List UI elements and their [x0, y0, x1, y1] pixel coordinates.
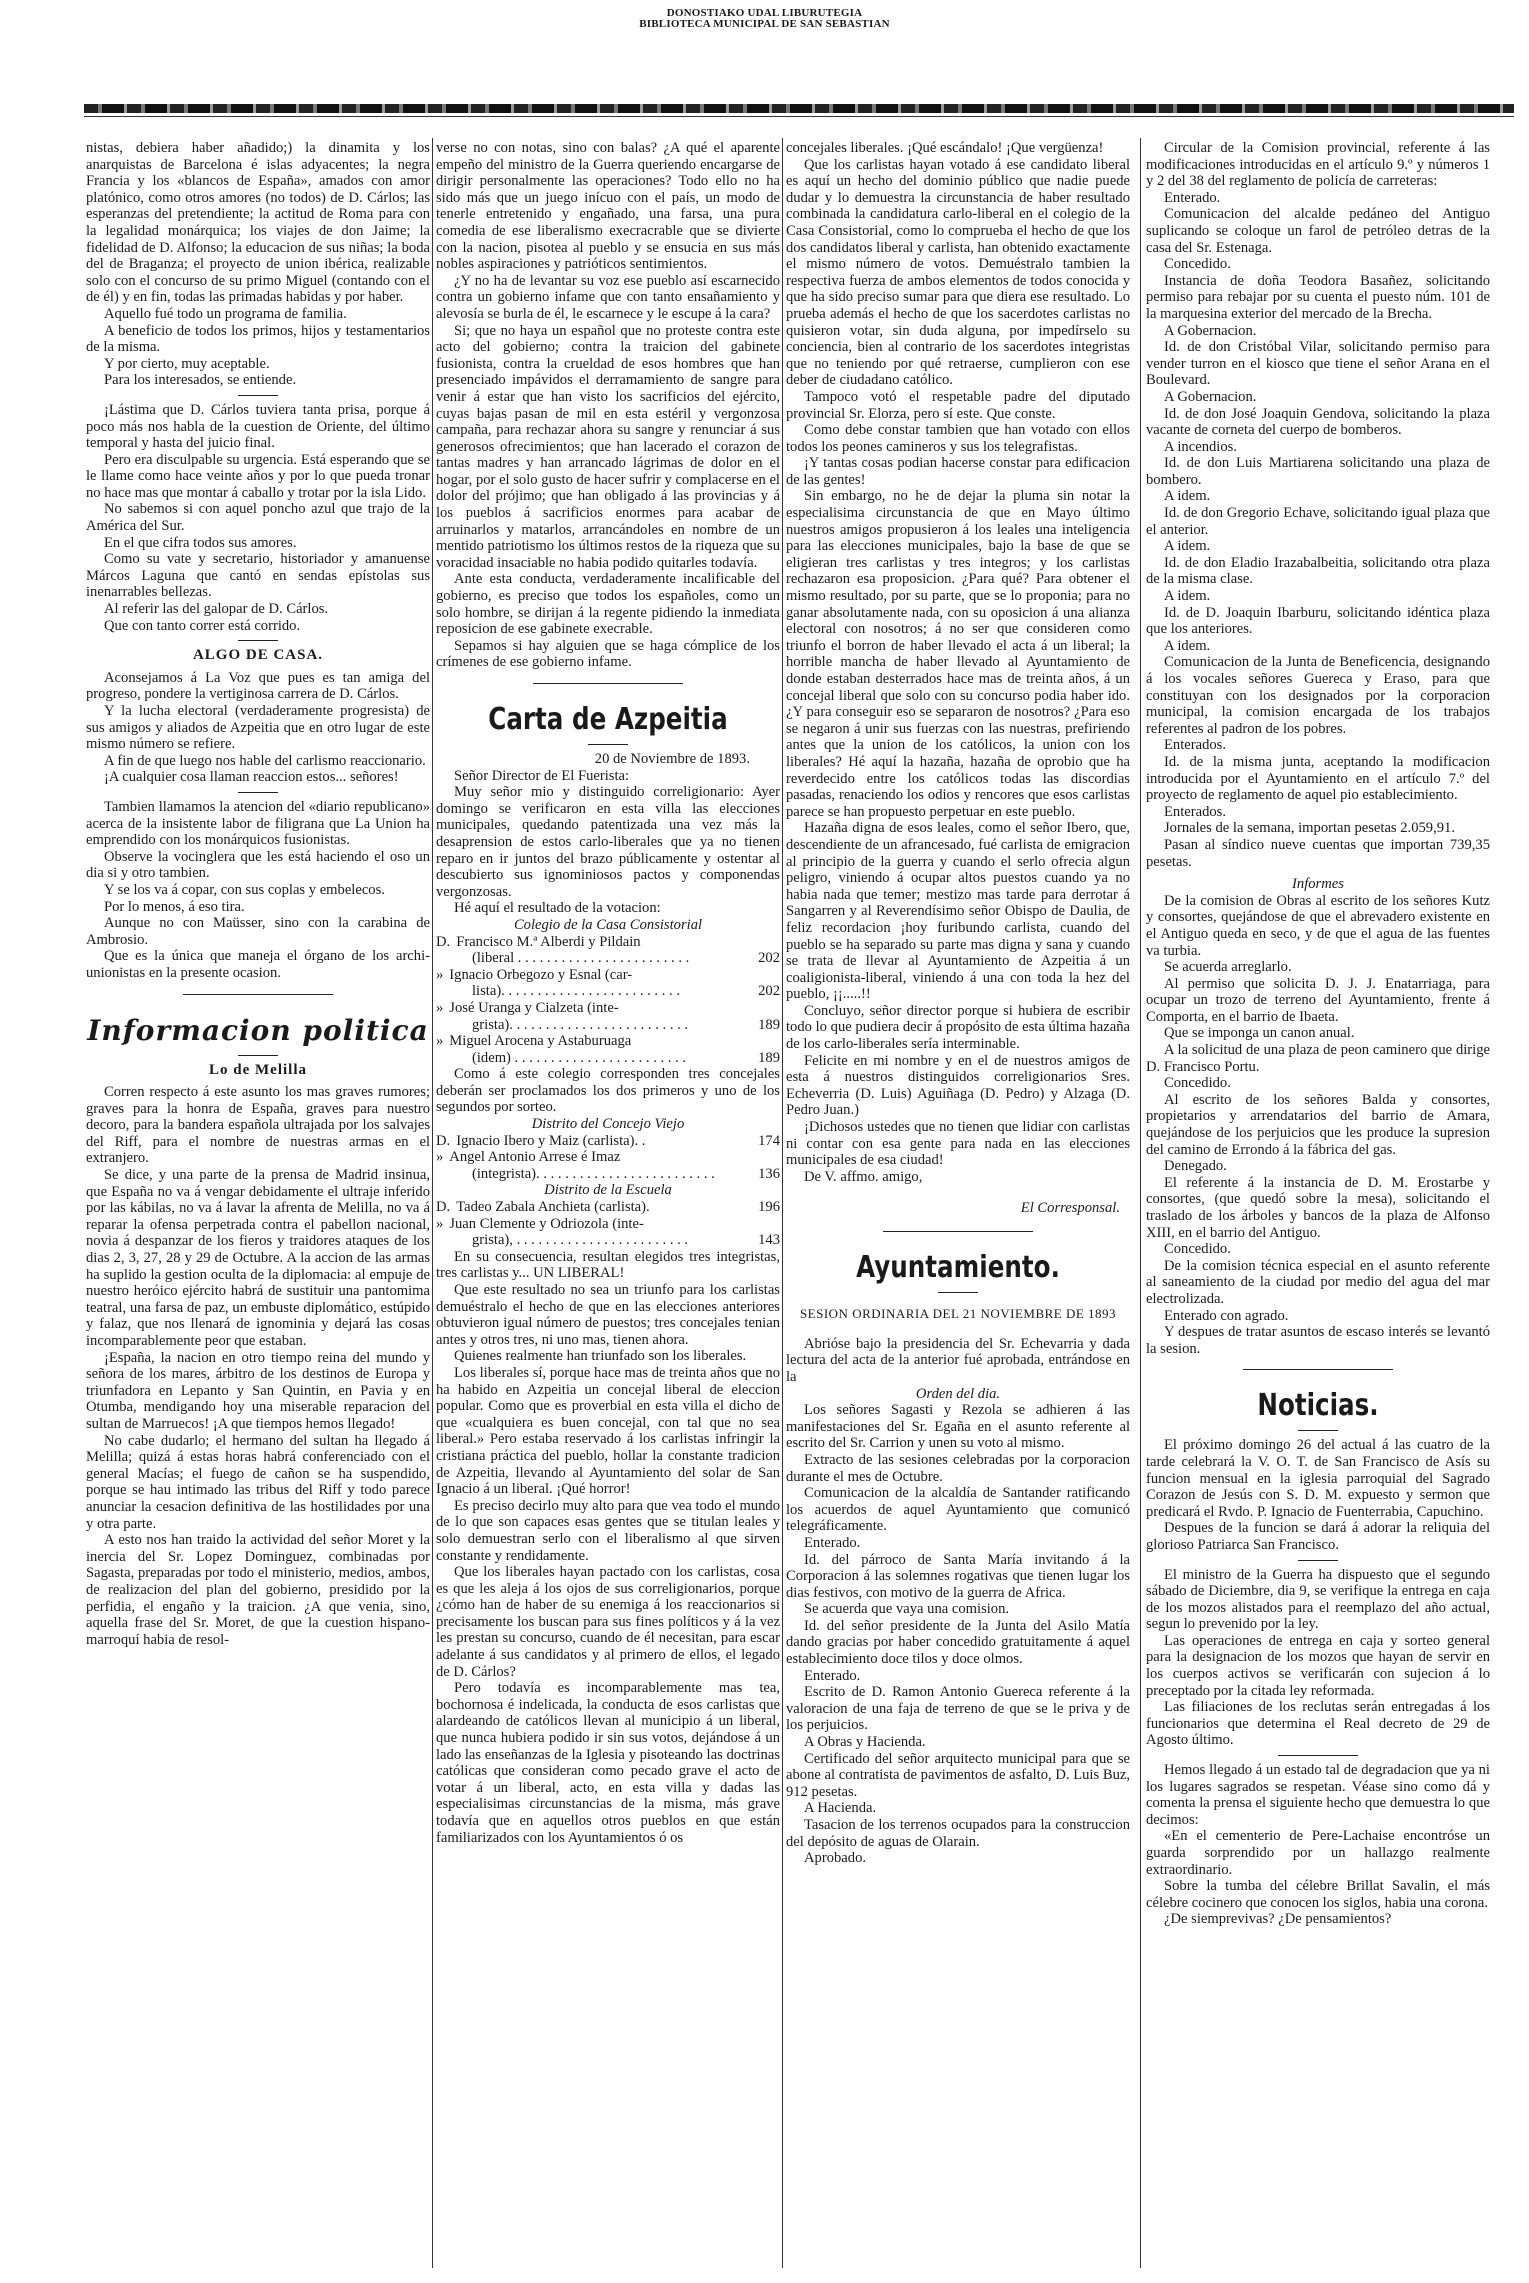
paragraph: Hé aquí el resultado de la votacion:: [436, 900, 780, 917]
paragraph: Observe la vocinglera que les está hacie…: [86, 849, 430, 882]
vote-row-count: (idem)189: [436, 1050, 780, 1067]
subsection-title-informes: Informes: [1146, 876, 1490, 893]
paragraph: Como debe constar tambien que han votado…: [786, 422, 1130, 455]
paragraph: Id. de D. Joaquin Ibarburu, solicitando …: [1146, 605, 1490, 638]
paragraph: Concluyo, señor director porque si hubie…: [786, 1003, 1130, 1053]
paragraph: Enterados.: [1146, 804, 1490, 821]
paragraph: Sepamos si hay alguien que se haga cómpl…: [436, 638, 780, 671]
vote-row: »Ignacio Orbegozo y Esnal (car-: [436, 967, 780, 984]
paragraph: A la solicitud de una plaza de peon cami…: [1146, 1042, 1490, 1075]
district-name: Distrito del Concejo Viejo: [436, 1116, 780, 1133]
letter-signature: El Corresponsal.: [786, 1200, 1130, 1217]
district-name: Distrito de la Escuela: [436, 1182, 780, 1199]
paragraph: Como su vate y secretario, historiador y…: [86, 551, 430, 601]
subsection-title-orden-del-dia: Orden del dia.: [786, 1386, 1130, 1403]
library-name-spanish: BIBLIOTECA MUNICIPAL DE SAN SEBASTIAN: [0, 19, 1529, 30]
vote-row: D.Ignacio Ibero y Maiz (carlista). .174: [436, 1133, 780, 1150]
paragraph: Que los liberales hayan pactado con los …: [436, 1564, 780, 1680]
vote-row-count: (integrista).136: [436, 1166, 780, 1183]
paragraph: ¡Y tantas cosas podian hacerse constar p…: [786, 455, 1130, 488]
paragraph: Y se los va á copar, con sus coplas y em…: [86, 882, 430, 899]
paragraph: Escrito de D. Ramon Antonio Guereca refe…: [786, 1684, 1130, 1734]
paragraph: Tasacion de los terrenos ocupados para l…: [786, 1817, 1130, 1850]
paragraph: Y por cierto, muy aceptable.: [86, 356, 430, 373]
section-title-informacion-politica: Informacion politica: [86, 1013, 430, 1049]
paragraph: A beneficio de todos los primos, hijos y…: [86, 323, 430, 356]
paragraph: Corren respecto á este asunto los mas gr…: [86, 1084, 430, 1167]
session-line: SESION ORDINARIA DEL 21 NOVIEMBRE DE 189…: [786, 1306, 1130, 1323]
letter-date: 20 de Noviembre de 1893.: [436, 751, 780, 768]
paragraph: A fin de que luego nos hable del carlism…: [86, 753, 430, 770]
separator: [938, 1292, 978, 1293]
paragraph: De la comision de Obras al escrito de lo…: [1146, 893, 1490, 959]
paragraph: Enterado con agrado.: [1146, 1308, 1490, 1325]
paragraph: Al referir las del galopar de D. Cárlos.: [86, 601, 430, 618]
paragraph: concejales liberales. ¡Qué escándalo! ¡Q…: [786, 140, 1130, 157]
separator: [1298, 1430, 1338, 1431]
section-title-ayuntamiento: Ayuntamiento.: [817, 1250, 1099, 1286]
column-1: nistas, debiera haber añadido;) la dinam…: [86, 140, 430, 1648]
paragraph: Comunicacion de la Junta de Beneficencia…: [1146, 654, 1490, 737]
paragraph: Enterados.: [1146, 737, 1490, 754]
vote-count: 202: [746, 983, 780, 1000]
paragraph: Comunicacion de la alcaldía de Santander…: [786, 1485, 1130, 1535]
paragraph: ¡A cualquier cosa llaman reaccion estos.…: [86, 769, 430, 786]
paragraph: ¿Y no ha de levantar su voz ese pueblo a…: [436, 273, 780, 323]
library-header: DONOSTIAKO UDAL LIBURUTEGIA BIBLIOTECA M…: [0, 8, 1529, 30]
district-name: Colegio de la Casa Consistorial: [436, 917, 780, 934]
paragraph: En el que cifra todos sus amores.: [86, 535, 430, 552]
paragraph: Por lo menos, á eso tira.: [86, 899, 430, 916]
paragraph: El ministro de la Guerra ha dispuesto qu…: [1146, 1567, 1490, 1633]
paragraph: Concedido.: [1146, 1241, 1490, 1258]
vote-count: 174: [746, 1133, 780, 1150]
separator: [588, 744, 628, 745]
paragraph: Enterado.: [1146, 190, 1490, 207]
paragraph: Id. de don Luis Martiarena solicitando u…: [1146, 455, 1490, 488]
paragraph: Muy señor mio y distinguido correligiona…: [436, 784, 780, 900]
vote-row: D.Tadeo Zabala Anchieta (carlista).196: [436, 1199, 780, 1216]
separator: [883, 1231, 1033, 1232]
separator: [238, 792, 278, 793]
paragraph: Enterado.: [786, 1535, 1130, 1552]
paragraph: Comunicacion del alcalde pedáneo del Ant…: [1146, 206, 1490, 256]
paragraph: Sobre la tumba del célebre Brillat Saval…: [1146, 1878, 1490, 1911]
paragraph: ¡Lástima que D. Cárlos tuviera tanta pri…: [86, 402, 430, 452]
paragraph: A idem.: [1146, 488, 1490, 505]
paragraph: A Gobernacion.: [1146, 389, 1490, 406]
paragraph: Hazaña digna de esos leales, como el señ…: [786, 820, 1130, 1003]
paragraph: Que con tanto correr está corrido.: [86, 618, 430, 635]
paragraph: Aunque no con Maüsser, sino con la carab…: [86, 915, 430, 948]
masthead-rule-thin: [84, 116, 1514, 117]
paragraph: Hemos llegado á un estado tal de degrada…: [1146, 1762, 1490, 1828]
article-title-melilla: Lo de Melilla: [86, 1062, 430, 1079]
paragraph: Aconsejamos á La Voz que pues es tan ami…: [86, 670, 430, 703]
paragraph: Las operaciones de entrega en caja y sor…: [1146, 1633, 1490, 1699]
vote-count: 196: [746, 1199, 780, 1216]
paragraph: De la comision técnica especial en el as…: [1146, 1258, 1490, 1308]
paragraph: Instancia de doña Teodora Basañez, solic…: [1146, 273, 1490, 323]
vote-count: 143: [746, 1232, 780, 1249]
column-divider: [782, 138, 783, 2268]
paragraph: Enterado.: [786, 1668, 1130, 1685]
paragraph: Certificado del señor arquitecto municip…: [786, 1751, 1130, 1801]
paragraph: Sin embargo, no he de dejar la pluma sin…: [786, 488, 1130, 820]
paragraph: Que se imponga un canon anual.: [1146, 1025, 1490, 1042]
paragraph: Los liberales sí, porque hace mas de tre…: [436, 1365, 780, 1498]
paragraph: Id. de don Cristóbal Vilar, solicitando …: [1146, 339, 1490, 389]
paragraph: No cabe dudarlo; el hermano del sultan h…: [86, 1433, 430, 1533]
paragraph: ¡Dichosos ustedes que no tienen que lidi…: [786, 1119, 1130, 1169]
masthead-rule: [84, 104, 1514, 113]
paragraph: No sabemos si con aquel poncho azul que …: [86, 501, 430, 534]
paragraph: Id. de la misma junta, aceptando la modi…: [1146, 754, 1490, 804]
paragraph: Abrióse bajo la presidencia del Sr. Eche…: [786, 1336, 1130, 1386]
paragraph: En su consecuencia, resultan elegidos tr…: [436, 1249, 780, 1282]
column-3: concejales liberales. ¡Qué escándalo! ¡Q…: [786, 140, 1130, 1867]
vote-count: 189: [746, 1017, 780, 1034]
paragraph: Que los carlistas hayan votado á ese can…: [786, 157, 1130, 389]
vote-count: 189: [746, 1050, 780, 1067]
vote-row: D.Francisco M.ª Alberdi y Pildain: [436, 934, 780, 951]
paragraph: Que este resultado no sea un triunfo par…: [436, 1282, 780, 1348]
section-title-noticias: Noticias.: [1177, 1388, 1459, 1424]
paragraph: A Gobernacion.: [1146, 323, 1490, 340]
paragraph: A Obras y Hacienda.: [786, 1734, 1130, 1751]
paragraph: Pero todavía es incomparablemente mas te…: [436, 1680, 780, 1846]
section-title-algo-de-casa: ALGO DE CASA.: [86, 647, 430, 664]
column-2: verse no con notas, sino con balas? ¿A q…: [436, 140, 780, 1846]
paragraph: Los señores Sagasti y Rezola se adhieren…: [786, 1402, 1130, 1452]
separator: [1298, 1560, 1338, 1561]
paragraph: A esto nos han traido la actividad del s…: [86, 1532, 430, 1648]
paragraph: «En el cementerio de Pere-Lachaise encon…: [1146, 1828, 1490, 1878]
paragraph: Se acuerda que vaya una comision.: [786, 1601, 1130, 1618]
column-divider: [432, 138, 433, 2268]
section-title-carta-de-azpeitia: Carta de Azpeitia: [467, 702, 749, 738]
paragraph: ¿De siemprevivas? ¿De pensamientos?: [1146, 1911, 1490, 1928]
separator: [183, 994, 333, 995]
paragraph: A idem.: [1146, 538, 1490, 555]
paragraph: Aprobado.: [786, 1850, 1130, 1867]
paragraph: Tampoco votó el respetable padre del dip…: [786, 389, 1130, 422]
paragraph: Jornales de la semana, importan pesetas …: [1146, 820, 1490, 837]
paragraph: Concedido.: [1146, 1075, 1490, 1092]
vote-row-count: (liberal202: [436, 950, 780, 967]
column-divider: [1140, 138, 1141, 2268]
paragraph: Ante esta conducta, verdaderamente incal…: [436, 571, 780, 637]
paragraph: Se dice, y una parte de la prensa de Mad…: [86, 1167, 430, 1350]
paragraph: nistas, debiera haber añadido;) la dinam…: [86, 140, 430, 306]
paragraph: El próximo domingo 26 del actual á las c…: [1146, 1437, 1490, 1520]
paragraph: Id. del párroco de Santa María invitando…: [786, 1552, 1130, 1602]
paragraph: verse no con notas, sino con balas? ¿A q…: [436, 140, 780, 273]
separator: [1278, 1755, 1358, 1756]
paragraph: Denegado.: [1146, 1158, 1490, 1175]
separator: [238, 1055, 278, 1056]
vote-row-count: grista),143: [436, 1232, 780, 1249]
paragraph: Las filiaciones de los reclutas serán en…: [1146, 1699, 1490, 1749]
paragraph: ¡España, la nacion en otro tiempo reina …: [86, 1350, 430, 1433]
paragraph: Despues de la funcion se dará á adorar l…: [1146, 1520, 1490, 1553]
letter-salutation: Señor Director de El Fuerista:: [436, 768, 780, 785]
paragraph: Id. del señor presidente de la Junta del…: [786, 1618, 1130, 1668]
paragraph: Pasan al síndico nueve cuentas que impor…: [1146, 837, 1490, 870]
paragraph: Que es la única que maneja el órgano de …: [86, 948, 430, 981]
vote-row-count: grista).189: [436, 1017, 780, 1034]
paragraph: Circular de la Comision provincial, refe…: [1146, 140, 1490, 190]
vote-row: »Miguel Arocena y Astaburuaga: [436, 1033, 780, 1050]
paragraph: Y la lucha electoral (verdaderamente pro…: [86, 703, 430, 753]
vote-row: »Juan Clemente y Odriozola (inte-: [436, 1216, 780, 1233]
paragraph: Pero era disculpable su urgencia. Está e…: [86, 452, 430, 502]
separator: [533, 683, 683, 684]
paragraph: Tambien llamamos la atencion del «diario…: [86, 799, 430, 849]
paragraph: A Hacienda.: [786, 1800, 1130, 1817]
vote-row: »Angel Antonio Arrese é Imaz: [436, 1149, 780, 1166]
paragraph: Al escrito de los señores Balda y consor…: [1146, 1092, 1490, 1158]
paragraph: Se acuerda arreglarlo.: [1146, 959, 1490, 976]
paragraph: Es preciso decirlo muy alto para que vea…: [436, 1498, 780, 1564]
paragraph: Y despues de tratar asuntos de escaso in…: [1146, 1324, 1490, 1357]
paragraph: Quienes realmente han triunfado son los …: [436, 1348, 780, 1365]
paragraph: Concedido.: [1146, 256, 1490, 273]
paragraph: El referente á la instancia de D. M. Ero…: [1146, 1175, 1490, 1241]
vote-row-count: lista).202: [436, 983, 780, 1000]
paragraph: Id. de don Eladio Irazabalbeitia, solici…: [1146, 555, 1490, 588]
paragraph: Como á este colegio corresponden tres co…: [436, 1066, 780, 1116]
paragraph: Aquello fué todo un programa de familia.: [86, 306, 430, 323]
paragraph: De V. affmo. amigo,: [786, 1169, 1130, 1186]
paragraph: Felicite en mi nombre y en el de nuestro…: [786, 1053, 1130, 1119]
vote-count: 136: [746, 1166, 780, 1183]
separator: [1243, 1369, 1393, 1370]
paragraph: A idem.: [1146, 588, 1490, 605]
paragraph: Al permiso que solicita D. J. J. Enatarr…: [1146, 976, 1490, 1026]
paragraph: Si; que no haya un español que no protes…: [436, 323, 780, 572]
paragraph: A idem.: [1146, 638, 1490, 655]
vote-row: »José Uranga y Cialzeta (inte-: [436, 1000, 780, 1017]
vote-count: 202: [746, 950, 780, 967]
separator: [238, 395, 278, 396]
separator: [238, 640, 278, 641]
column-4: Circular de la Comision provincial, refe…: [1146, 140, 1490, 1928]
paragraph: Para los interesados, se entiende.: [86, 372, 430, 389]
paragraph: Id. de don José Joaquin Gendova, solicit…: [1146, 406, 1490, 439]
paragraph: A incendios.: [1146, 439, 1490, 456]
paragraph: Id. de don Gregorio Echave, solicitando …: [1146, 505, 1490, 538]
paragraph: Extracto de las sesiones celebradas por …: [786, 1452, 1130, 1485]
